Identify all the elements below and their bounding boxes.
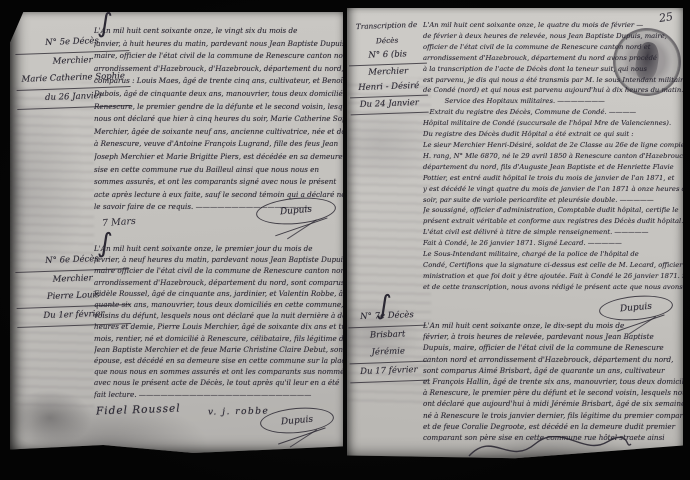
handwritten-line: Dubois, âgé de cinquante deux ans, manou… [94,88,346,101]
handwritten-line: nous ont déclaré que hier à cinq heures … [94,113,346,126]
handwritten-line: février, à neuf heures du matin, pardeva… [94,254,348,265]
handwritten-line: sise en cette commune rue du Bailleul ai… [94,164,346,177]
handwritten-line: de Condé (nord) et qui nous est parvenu … [423,85,683,96]
act6-text: L'An mil huit cent soixante onze, le pre… [94,243,348,400]
mayor-signature-paraph: Dupuis [598,293,674,323]
handwritten-line: à Renescure, le premier père du défunt e… [423,387,683,398]
witness-signature-roussel: Fidel Roussel [96,403,181,418]
handwritten-line: et François Hallin, âgé de trente six an… [423,376,683,387]
handwritten-line: Extrait du registre des Décès, Commune d… [423,107,683,118]
handwritten-line: sommes assurés, et ont les comparants si… [94,176,346,189]
handwritten-line: est parvenu, je dis qui nous a été trans… [423,75,683,86]
handwritten-line: L'An mil huit cent soixante onze, le pre… [94,243,348,254]
handwritten-line: comparus : Louis Maes, âgé de trente cin… [94,75,346,88]
handwritten-line: Dupuis, maire, officier de l'état civil … [423,342,683,353]
signature-text: Dupuis [280,205,313,218]
handwritten-line: y est décédé le vingt quatre du mois de … [423,184,683,195]
transcription-label: Transcription de Décès [347,17,426,50]
act5-text: L'An mil huit cent soixante onze, le vin… [94,25,346,214]
handwritten-line: Fait à Condé, le 26 janvier 1871. Signé … [423,238,683,249]
handwritten-line: voisins du défunt, lesquels nous ont déc… [94,310,348,321]
handwritten-line: Le sieur Merchier Henri-Désiré, soldat d… [423,140,683,151]
handwritten-line: L'An mil huit cent soixante onze, le qua… [423,20,683,31]
witness-signature-robbe: v. j. robbe [208,406,269,417]
signature-text: Dupuis [281,414,314,427]
handwritten-line: ministration et que foi doit y être ajou… [423,271,683,282]
signature-text: Dupuis [620,302,653,315]
handwritten-line: Jean Baptiste Merchier et de feue Marie … [94,344,348,355]
handwritten-line: maire, officier de l'état civil de la co… [94,50,346,63]
handwritten-line: fait lecture. ———————————————————————— [94,389,348,400]
right-page: 25 Transcription de Décès N° 6 (bis Merc… [347,8,683,460]
handwritten-line: Je soussigné, officier d'administration,… [423,205,683,216]
margin-notes-act6bis: Transcription de Décès N° 6 (bis Merchie… [347,17,428,116]
handwritten-line: L'An mil huit cent soixante onze, le vin… [94,25,346,38]
left-page: ∫ N° 5e Décès Merchier Marie Catherine S… [10,12,343,453]
handwritten-line: Le Sous-Intendant militaire, chargé de l… [423,249,683,260]
handwritten-line: sont comparus Aimé Brisbart, âgé de quar… [423,365,683,376]
mayor-signature-paraph: Dupuis [259,405,335,436]
pen-flourish [465,436,635,464]
handwritten-line: Service des Hopitaux militaires. ——————— [423,96,683,107]
handwritten-line: arrondissement d'Hazebrouck, département… [94,277,348,288]
handwritten-line: né à Renescure le trois janvier dernier,… [423,410,683,421]
handwritten-line: arrondissement d'Hazebrouck, d'Hazebrouc… [94,63,346,76]
handwritten-line: H. rang, N° Mle 6870, né le 29 avril 185… [423,151,683,162]
act7-text: L'An mil huit cent soixante onze, le dix… [423,320,683,443]
handwritten-line: que nous nous en sommes assurés et ont l… [94,366,348,377]
act-date: Du 24 Janvier [350,96,429,116]
handwritten-line: Pottier, est entré audit hôpital le troi… [423,173,683,184]
handwritten-line: canton nord et arrondissement d'Hazebrou… [423,354,683,365]
handwritten-line: avec nous le présent acte de Décès, le t… [94,377,348,388]
handwritten-line: Hôpital militaire de Condé (succursale d… [423,118,683,129]
registry-scan: ∫ N° 5e Décès Merchier Marie Catherine S… [0,0,690,480]
handwritten-line: ont déclaré que aujourd'hui à midi Jérém… [423,398,683,409]
handwritten-line: officier de l'état civil de la commune d… [423,42,683,53]
handwritten-line: à Renescure, veuve d'Antoine François Lu… [94,138,346,151]
handwritten-line: L'An mil huit cent soixante onze, le dix… [423,320,683,331]
margin-notes-act7: N° 7e Décès Brisbart Jérémie Du 17 févri… [348,307,429,384]
handwritten-line: Renescure, le premier gendre de la défun… [94,101,346,114]
handwritten-line: et de feue Coralie Degroote, est décédé … [423,421,683,432]
handwritten-line: quante six ans, manouvrier, tous deux do… [94,299,348,310]
handwritten-line: Joseph Merchier et Marie Brigitte Piers,… [94,151,346,164]
handwritten-line: arrondissement d'Hazebrouck, département… [423,53,683,64]
handwritten-line: Merchier, âgée de soixante neuf ans, anc… [94,126,346,139]
handwritten-line: janvier, à huit heures du matin, pardeva… [94,38,346,51]
handwritten-line: Fidèle Roussel, âgé de cinquante ans, ja… [94,288,348,299]
handwritten-line: mois, rentier, né et domicilié à Renescu… [94,333,348,344]
handwritten-line: présent extrait véritable et conforme au… [423,216,683,227]
handwritten-line: Condé, Certifions que la signature ci-de… [423,260,683,271]
paper-texture [10,82,94,412]
handwritten-line: maire officier de l'état civil de la com… [94,265,348,276]
handwritten-line: de février à deux heures de relevée, nou… [423,31,683,42]
handwritten-line: Du registre des Décès dudit Hôpital a ét… [423,129,683,140]
handwritten-line: épouse, est décédé en sa demeure sise en… [94,355,348,366]
handwritten-line: et de cette transcription, nous avons ré… [423,282,683,293]
handwritten-line: à la transcription de l'acte de Décès do… [423,64,683,75]
handwritten-line: février, à trois heures de relevée, pard… [423,331,683,342]
act-date: Du 17 février [350,362,429,384]
handwritten-line: heures et demie, Pierre Louis Merchier, … [94,321,348,332]
act6bis-text: L'An mil huit cent soixante onze, le qua… [423,20,683,293]
handwritten-line: L'état civil est délivré à titre de simp… [423,227,683,238]
handwritten-line: département du nord, fils d'Auguste Jean… [423,162,683,173]
handwritten-line: soir, par suite de variole pericardite e… [423,195,683,206]
